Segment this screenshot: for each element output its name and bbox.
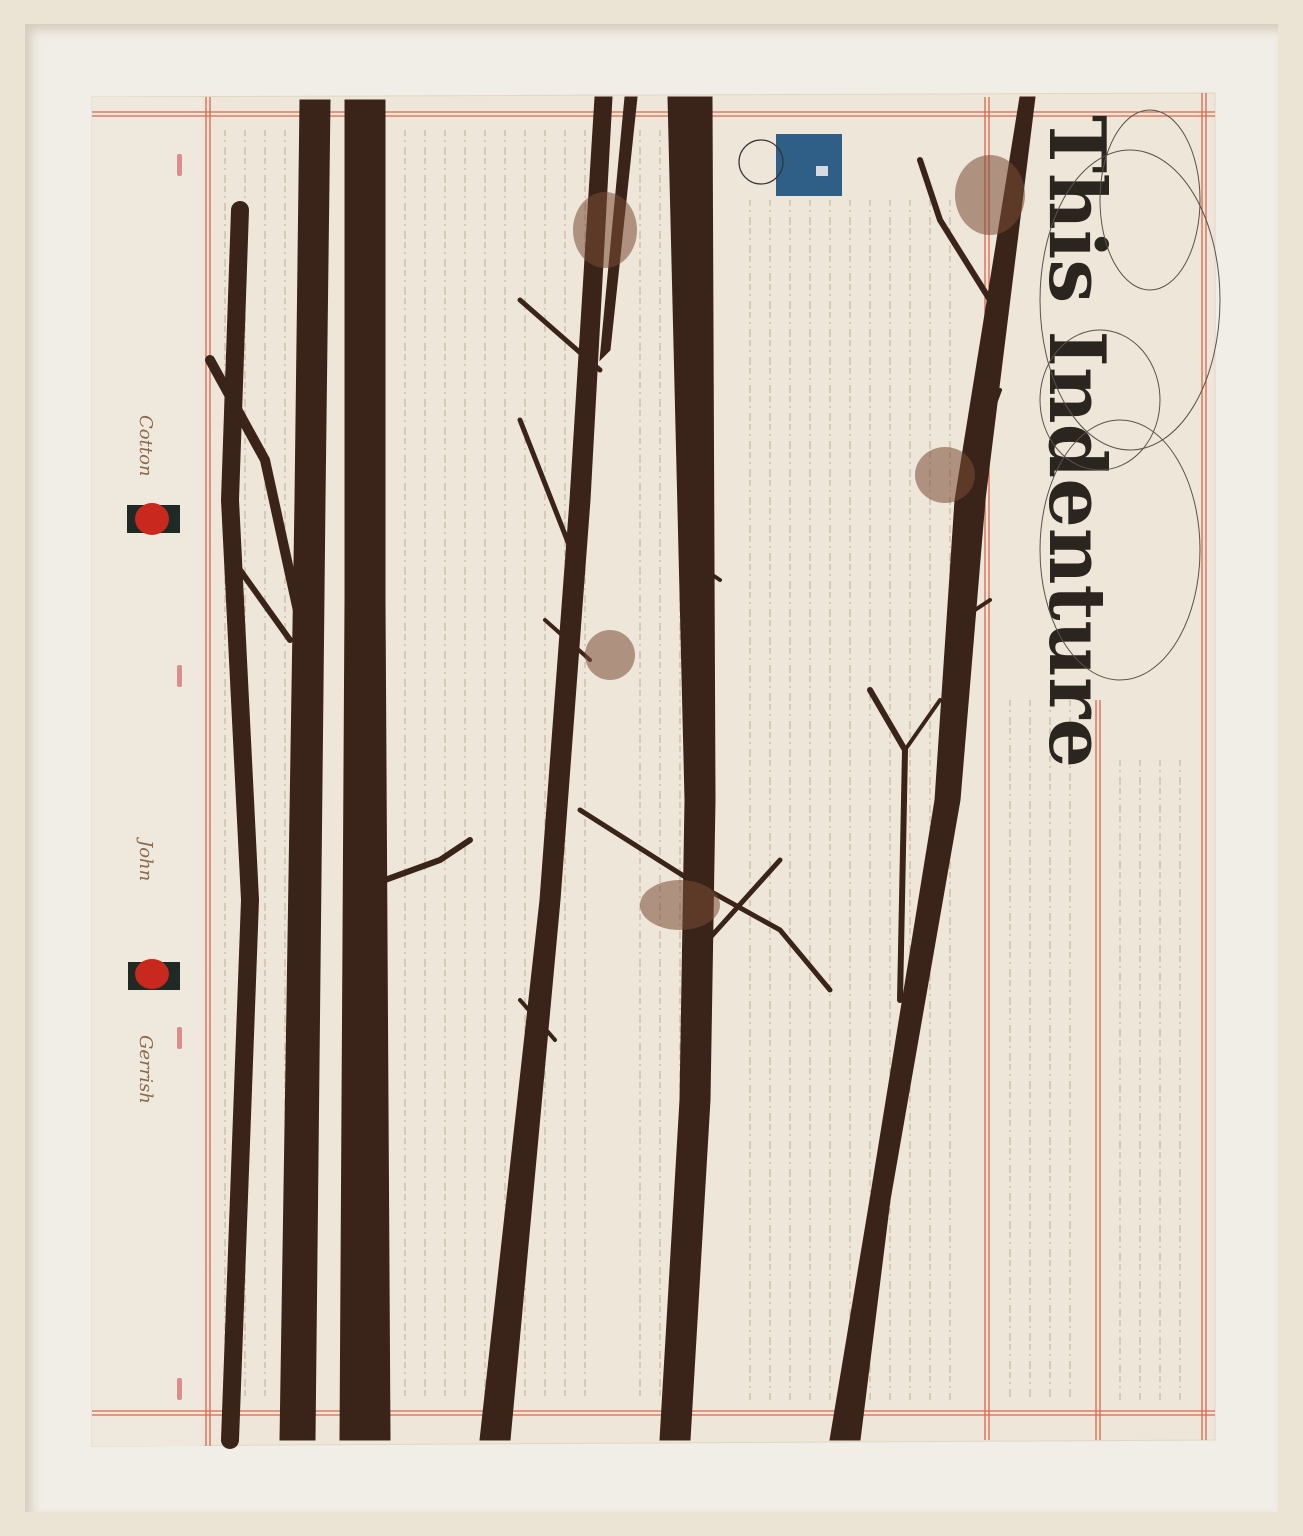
wax-seal-1	[127, 503, 180, 535]
signature-margin	[92, 97, 202, 1446]
revenue-stamp	[776, 134, 842, 196]
artwork: This Indenture Cotton John Gerrish	[0, 0, 1303, 1536]
signature-cotton: Cotton	[135, 415, 156, 477]
smudge-4	[585, 630, 635, 680]
smudge-1	[573, 192, 637, 268]
tree-trunk-2	[340, 100, 390, 1440]
smudge-3	[915, 447, 975, 503]
wax-seal-2	[128, 959, 180, 990]
signature-gerrish: Gerrish	[135, 1035, 156, 1104]
stamp-embossed-mark	[816, 166, 828, 176]
smudge-2	[955, 155, 1025, 235]
signature-john: John	[135, 836, 156, 881]
smudge-5	[640, 880, 720, 930]
